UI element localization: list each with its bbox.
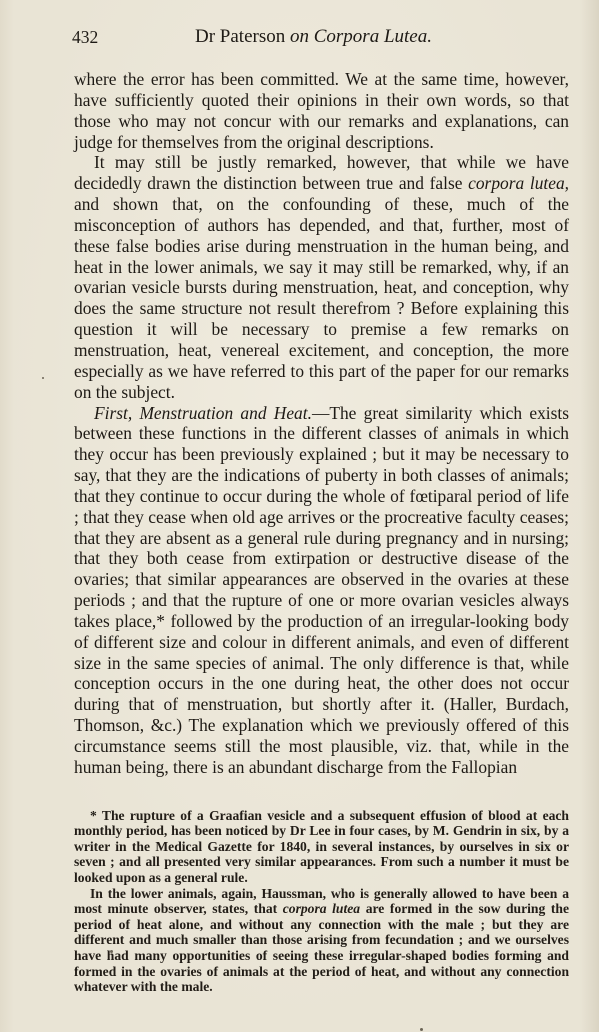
paragraph-menstruation-and-heat: First, Menstruation and Heat.—The great … xyxy=(74,403,569,778)
italic-term: corpora lutea, xyxy=(468,173,569,193)
running-title-author: Dr Paterson xyxy=(195,26,290,47)
paper-speck xyxy=(420,1028,423,1031)
paragraph-text: and shown that, on the confounding of th… xyxy=(74,194,569,402)
running-title-subject: on Corpora Lutea. xyxy=(290,26,432,47)
footnotes: * The rupture of a Graafian vesicle and … xyxy=(74,808,569,995)
paragraph-text: —The great similarity which exists betwe… xyxy=(74,403,569,777)
page-number: 432 xyxy=(72,26,98,48)
running-head: 432 Dr Paterson on Corpora Lutea. xyxy=(74,26,569,48)
italic-term: corpora lutea xyxy=(283,901,360,916)
section-heading-italic: First, Menstruation and Heat. xyxy=(94,403,312,423)
paper-speck xyxy=(110,950,113,953)
paper-speck xyxy=(42,377,44,379)
running-title: Dr Paterson on Corpora Lutea. xyxy=(195,26,432,48)
paragraph-continued: where the error has been committed. We a… xyxy=(74,69,569,152)
body-text: where the error has been committed. We a… xyxy=(74,69,569,778)
book-page: 432 Dr Paterson on Corpora Lutea. where … xyxy=(74,26,569,995)
footnote-lower-animals: In the lower animals, again, Haussman, w… xyxy=(74,886,569,995)
footnote-graafian-vesicle: * The rupture of a Graafian vesicle and … xyxy=(74,808,569,886)
paragraph-corpora-lutea-distinction: It may still be justly remarked, however… xyxy=(74,152,569,402)
